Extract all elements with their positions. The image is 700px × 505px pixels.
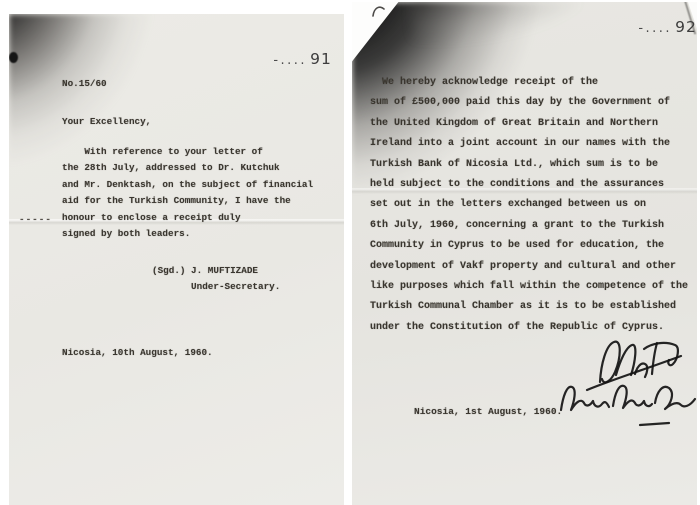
denktash-signature (561, 386, 695, 425)
pen-mark (370, 3, 390, 21)
margin-dash-mark: ----- (19, 212, 52, 228)
reference-number: No.15/60 (62, 76, 107, 92)
hole-punch-mark (9, 52, 18, 63)
salutation: Your Excellency, (62, 114, 151, 130)
page-number-dashes: -.... (273, 53, 307, 68)
page-number: 92 (675, 18, 697, 36)
scanned-page-92: -....92 We hereby acknowledge receipt of… (352, 2, 697, 505)
dateline: Nicosia, 10th August, 1960. (62, 345, 213, 361)
signatures (548, 330, 697, 432)
dateline: Nicosia, 1st August, 1960. (414, 404, 562, 420)
scanned-page-91: -....91 No.15/60 Your Excellency, With r… (9, 14, 344, 505)
page-number: 91 (310, 50, 332, 68)
page-number-dashes: -.... (638, 21, 672, 36)
kucuk-signature (587, 342, 681, 390)
signature-block: (Sgd.) J. MUFTIZADE Under-Secretary. (152, 263, 280, 296)
page-number-annotation: -....91 (253, 30, 332, 87)
letter-body: With reference to your letter of the 28t… (62, 144, 313, 242)
receipt-body: We hereby acknowledge receipt of the sum… (370, 73, 688, 338)
page-number-annotation: -....92 (618, 2, 697, 55)
